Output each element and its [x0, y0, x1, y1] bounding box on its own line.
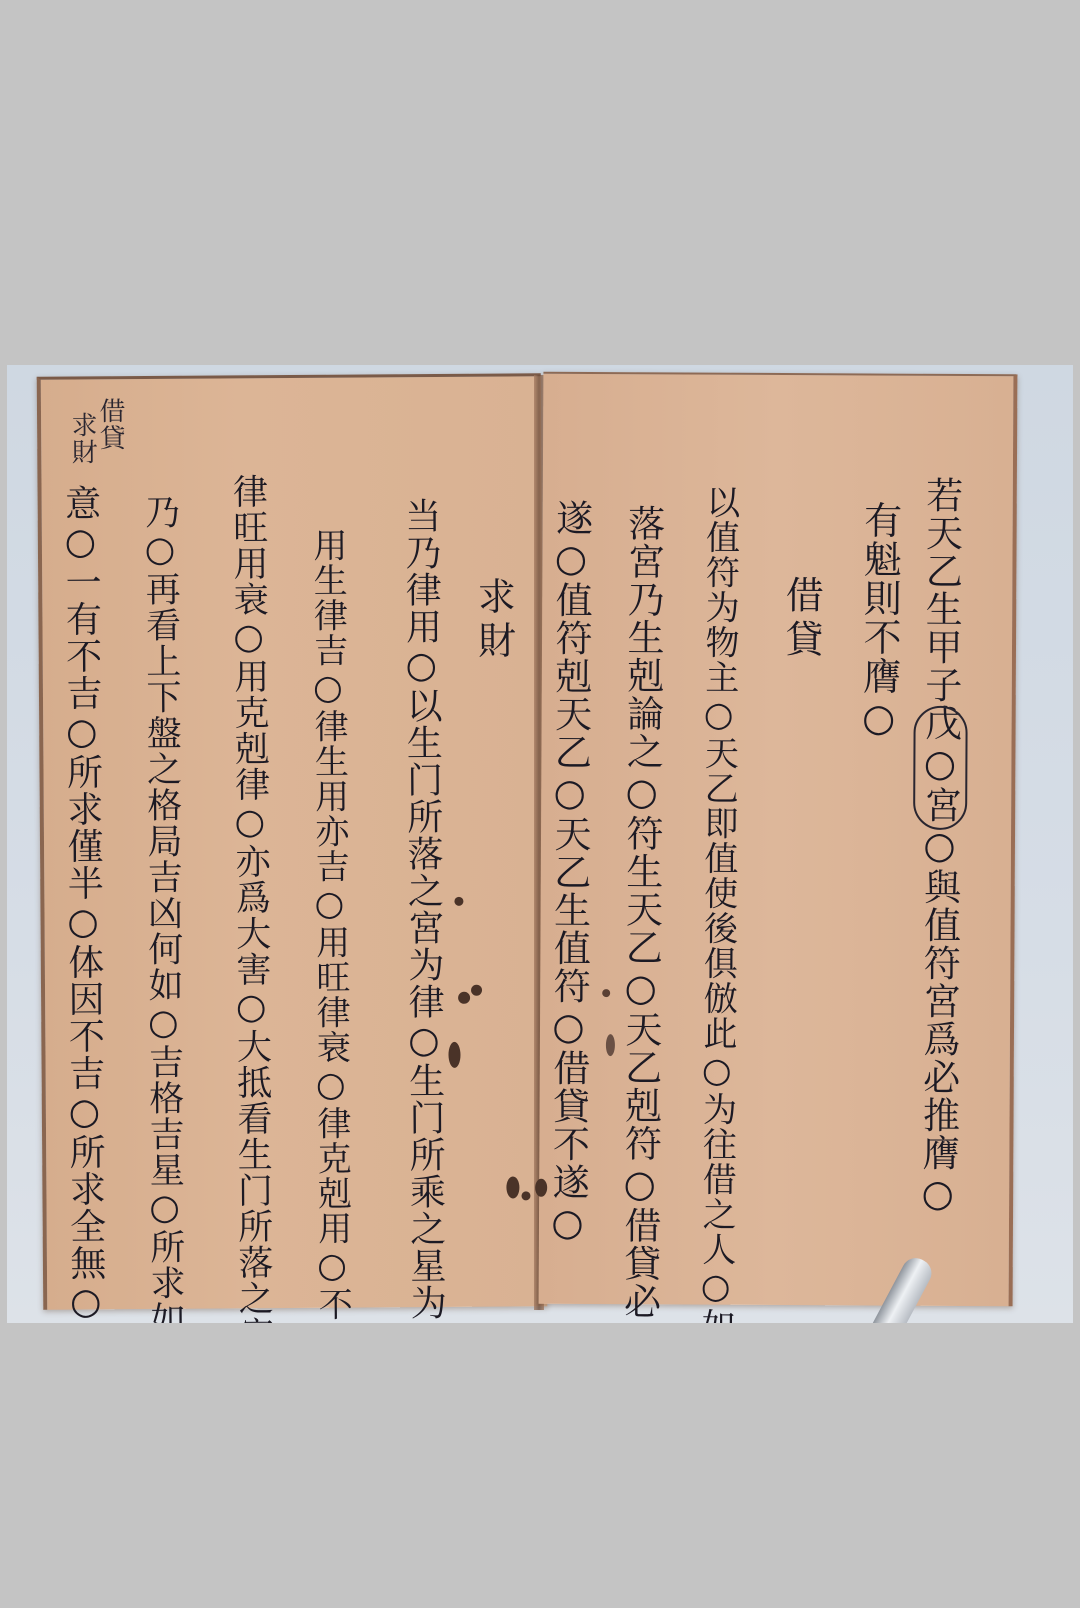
wormhole	[535, 1179, 547, 1197]
text-column: 用生律吉○律生用亦吉○用旺律衰○律克剋用○不为大吉○	[310, 528, 351, 1323]
text-column: 有魁則不膺○	[860, 500, 899, 740]
manuscript-photo: 借貸 求財 求財 当乃律用○以生门所落之宮为律○生门所乘之星为用○ 用生律吉○律…	[7, 365, 1073, 1323]
text-column: 若天乙生甲子戊○宮○與值符宮爲必推膺○	[919, 476, 960, 1216]
wormhole	[506, 1176, 519, 1198]
wormhole	[606, 1034, 615, 1056]
margin-note-seeking-wealth: 求財	[69, 411, 95, 465]
text-column: 遂○值符剋天乙○天乙生值符○借貸不遂○	[549, 499, 590, 1245]
wormhole	[521, 1191, 530, 1200]
wormhole	[454, 897, 463, 906]
margin-note-borrowing: 借貸	[97, 397, 123, 451]
text-column: 当乃律用○以生门所落之宮为律○生门所乘之星为用○	[402, 497, 444, 1323]
wormhole	[471, 985, 482, 996]
text-column: 意○一有不吉○所求僅半○体因不吉○所求全無○	[62, 484, 104, 1323]
text-column: 以值符为物主○天乙即值使後俱倣此○为往借之人○如以所	[698, 485, 737, 1323]
wormhole	[458, 992, 470, 1004]
wormhole	[448, 1042, 460, 1068]
left-page: 借貸 求財 求財 当乃律用○以生门所落之宮为律○生门所乘之星为用○ 用生律吉○律…	[37, 373, 548, 1309]
circled-annotation	[913, 706, 968, 830]
section-heading-seeking-wealth: 求財	[474, 576, 513, 664]
text-column: 律旺用衰○用克剋律○亦爲大害○大抵看生门所落之宮	[229, 473, 270, 1323]
text-column: 落宮乃生剋論之○符生天乙○天乙剋符○借貸必	[620, 504, 661, 1320]
wormhole	[602, 989, 610, 997]
section-heading-borrowing: 借貸	[782, 575, 820, 663]
right-page: 若天乙生甲子戊○宮○與值符宮爲必推膺○ 有魁則不膺○ 借貸 以值符为物主○天乙即…	[539, 372, 1018, 1306]
text-column: 乃○再看上下盤之格局吉凶何如○吉格吉星○所求如	[142, 494, 183, 1323]
